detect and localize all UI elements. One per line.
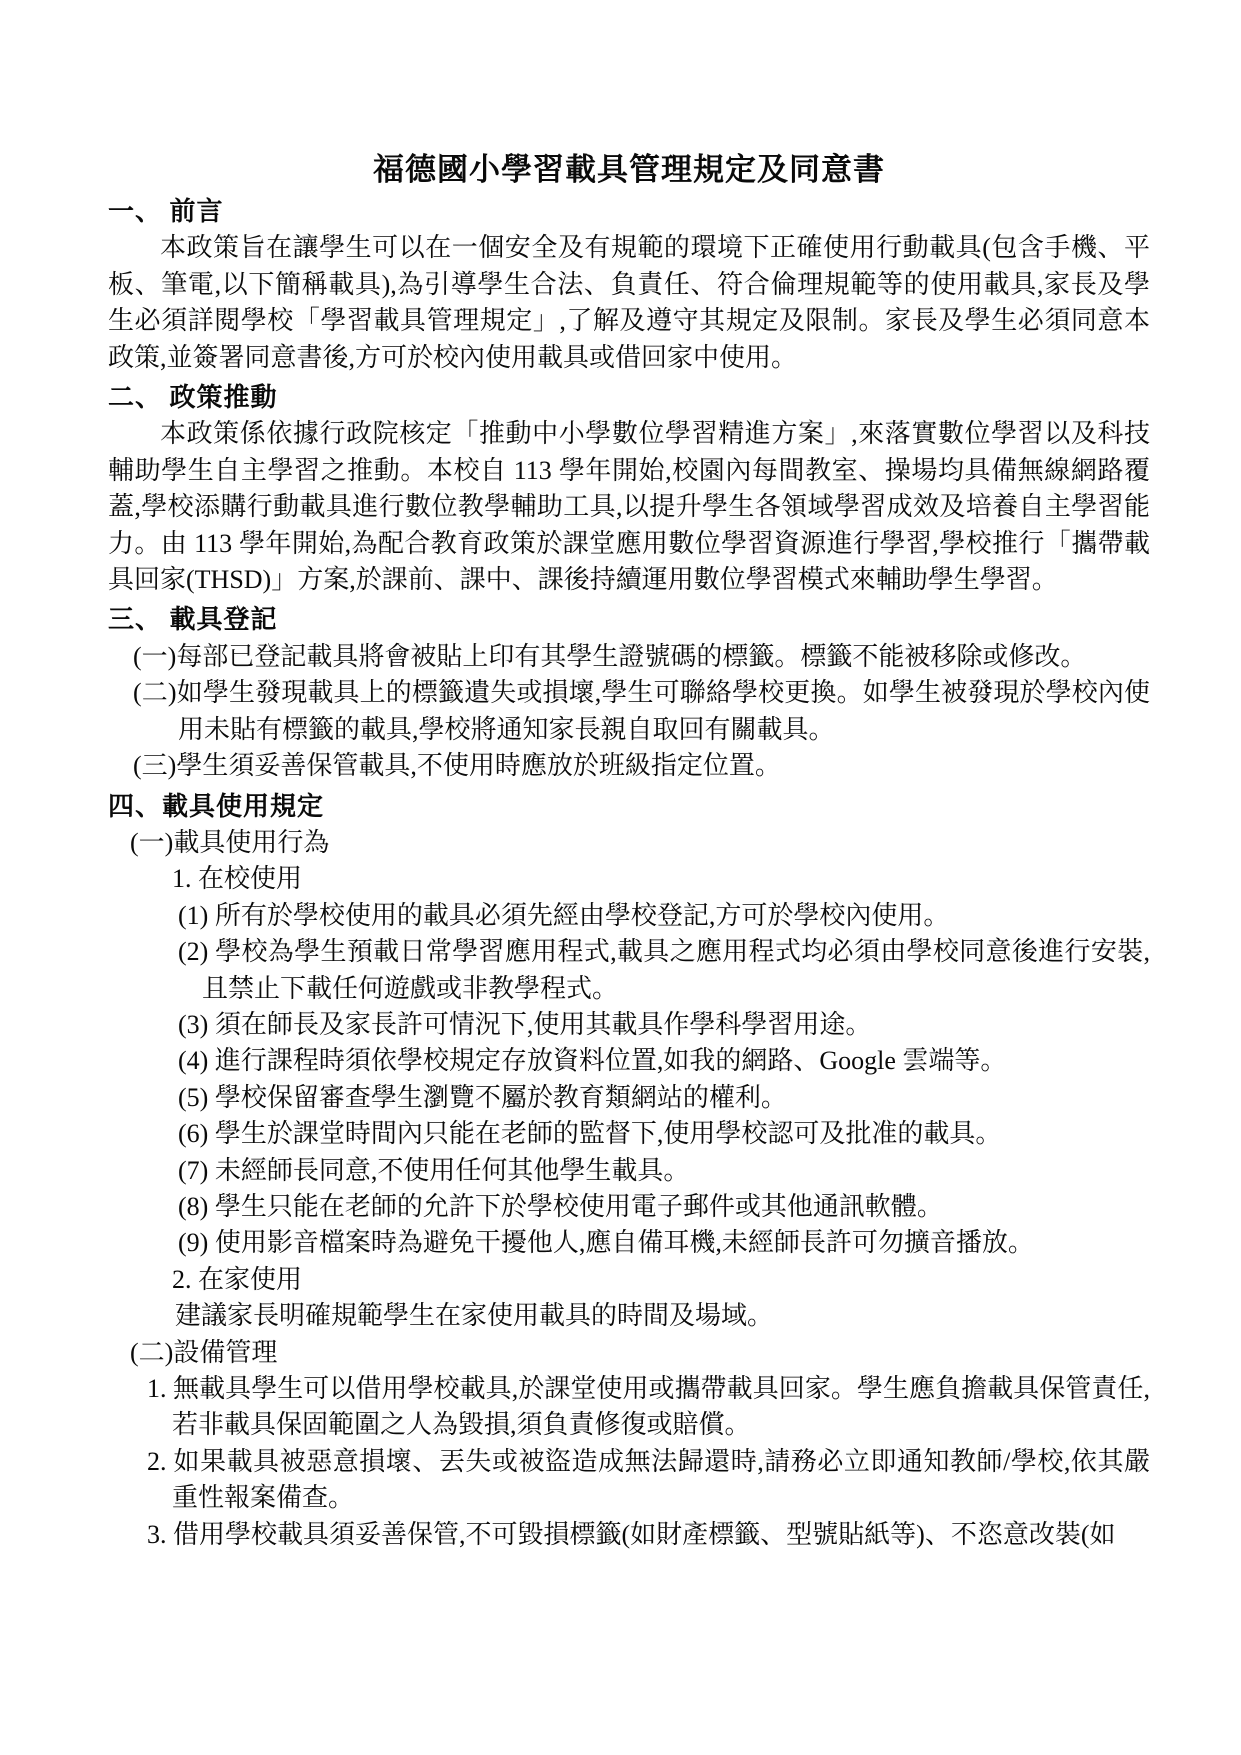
section-heading-usage-rules: 四、載具使用規定: [108, 789, 1150, 825]
registration-item: (二)如學生發現載具上的標籤遺失或損壞,學生可聯絡學校更換。如學生被發現於學校內…: [108, 675, 1150, 748]
equipment-item: 1. 無載具學生可以借用學校載具,於課堂使用或攜帶載具回家。學生應負擔載具保管責…: [108, 1371, 1150, 1444]
school-use-item: (1) 所有於學校使用的載具必須先經由學校登記,方可於學校內使用。: [108, 898, 1150, 934]
group-label-school-use: 1. 在校使用: [172, 861, 1150, 897]
school-use-item: (8) 學生只能在老師的允許下於學校使用電子郵件或其他通訊軟體。: [108, 1189, 1150, 1225]
subsection-usage-behavior: (一)載具使用行為: [130, 825, 1150, 861]
school-use-item: (7) 未經師長同意,不使用任何其他學生載具。: [108, 1153, 1150, 1189]
school-use-item: (3) 須在師長及家長許可情況下,使用其載具作學科學習用途。: [108, 1007, 1150, 1043]
document-title: 福德國小學習載具管理規定及同意書: [108, 150, 1150, 190]
school-use-item: (5) 學校保留審查學生瀏覽不屬於教育類網站的權利。: [108, 1080, 1150, 1116]
equipment-item: 3. 借用學校載具須妥善保管,不可毀損標籤(如財產標籤、型號貼紙等)、不恣意改裝…: [108, 1517, 1150, 1553]
home-use-note: 建議家長明確規範學生在家使用載具的時間及場域。: [175, 1298, 1150, 1334]
subsection-equipment-management: (二)設備管理: [130, 1335, 1150, 1371]
registration-item: (一)每部已登記載具將會被貼上印有其學生證號碼的標籤。標籤不能被移除或修改。: [108, 639, 1150, 675]
preface-paragraph: 本政策旨在讓學生可以在一個安全及有規範的環境下正確使用行動載具(包含手機、平板、…: [108, 230, 1150, 376]
school-use-item: (6) 學生於課堂時間內只能在老師的監督下,使用學校認可及批准的載具。: [108, 1116, 1150, 1152]
section-heading-preface: 一、 前言: [108, 194, 1150, 230]
registration-item: (三)學生須妥善保管載具,不使用時應放於班級指定位置。: [108, 748, 1150, 784]
section-heading-registration: 三、 載具登記: [108, 602, 1150, 638]
policy-paragraph: 本政策係依據行政院核定「推動中小學數位學習精進方案」,來落實數位學習以及科技輔助…: [108, 416, 1150, 598]
equipment-item: 2. 如果載具被惡意損壞、丟失或被盜造成無法歸還時,請務必立即通知教師/學校,依…: [108, 1444, 1150, 1517]
school-use-item: (2) 學校為學生預載日常學習應用程式,載具之應用程式均必須由學校同意後進行安裝…: [108, 934, 1150, 1007]
section-heading-policy: 二、 政策推動: [108, 380, 1150, 416]
document-page: 福德國小學習載具管理規定及同意書 一、 前言 本政策旨在讓學生可以在一個安全及有…: [0, 0, 1241, 1755]
school-use-item: (9) 使用影音檔案時為避免干擾他人,應自備耳機,未經師長許可勿擴音播放。: [108, 1225, 1150, 1261]
group-label-home-use: 2. 在家使用: [172, 1262, 1150, 1298]
school-use-item: (4) 進行課程時須依學校規定存放資料位置,如我的網路、Google 雲端等。: [108, 1043, 1150, 1079]
